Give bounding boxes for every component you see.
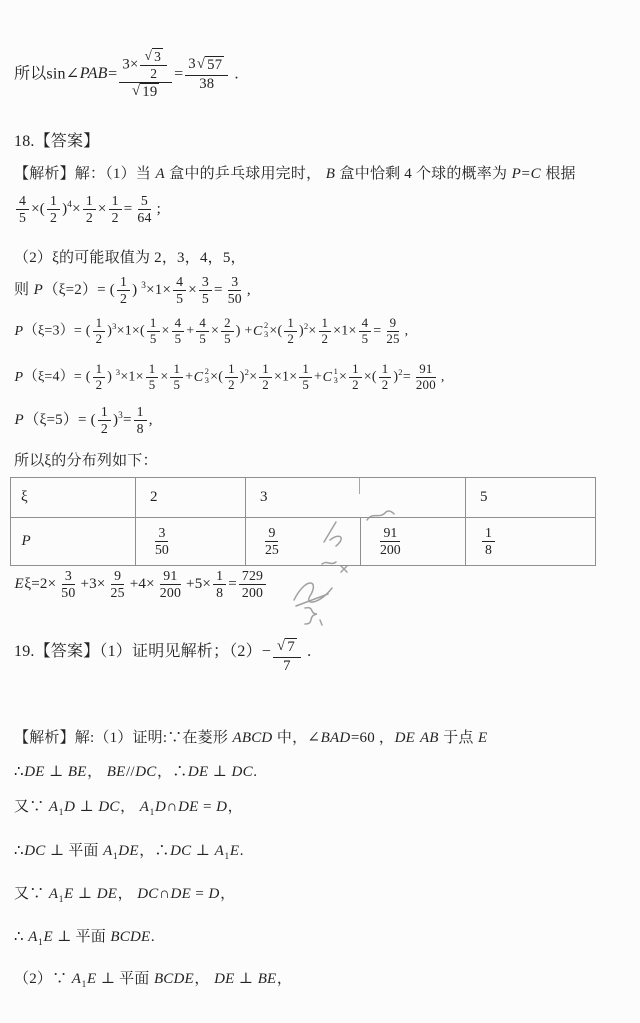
formula-p-xi-2: 则 P（ξ=2）= (12) 3×1×45×35=350,: [14, 274, 251, 307]
table-header-xi: ξ: [11, 478, 136, 518]
formula-p-xi-4: P（ξ=4）= (12) 3×1×15×15+C23×(12)2×12×1×15…: [14, 362, 445, 393]
table-header-2: 2: [136, 478, 246, 518]
formula-p-xi-5: P（ξ=5）= (12)3=18,: [14, 404, 153, 437]
part2-possible-values: （2）ξ的可能取值为 2，3，4，5，: [14, 246, 246, 267]
table-value-1-8: 18: [466, 518, 596, 566]
table-header-3: 3: [246, 478, 361, 518]
table-border-fade-artifact: [359, 478, 360, 494]
proof-line-5: 又∵ A1E ⊥ DE， DC∩DE = D，: [14, 882, 235, 905]
distribution-table: ξ 2 3 5 P 350 925 91200 18: [10, 477, 596, 566]
answer-heading-18: 18.【答案】: [14, 128, 99, 151]
distribution-label: 所以ξ的分布列如下：: [14, 449, 158, 470]
table-header-row: ξ 2 3 5: [11, 478, 596, 518]
table-row-label-p: P: [11, 518, 136, 566]
proof-line-2: ∴DE ⊥ BE， BE//DC，∴DE ⊥ DC.: [14, 760, 257, 781]
proof-line-3: 又∵ A1D ⊥ DC， A1D∩DE = D，: [14, 795, 243, 818]
handwriting-xi-mark: [298, 604, 326, 628]
scanned-math-solution-page: 所以sin∠PAB=3×√32√19=3√5738 . 18.【答案】 【解析】…: [0, 0, 640, 1023]
table-header-4-blank: [361, 478, 466, 518]
handwriting-scribble-over-result: [286, 570, 338, 610]
proof-line-4: ∴DC ⊥ 平面 A1DE，∴DC ⊥ A1E.: [14, 839, 244, 862]
table-header-5: 5: [466, 478, 596, 518]
answer-heading-19: 19.【答案】（1）证明见解析；（2）−√77 .: [14, 638, 311, 675]
formula-expected-value: Eξ=2×350+3×925+4×91200+5×18=729200: [14, 568, 268, 601]
proof-line-7: （2）∵ A1E ⊥ 平面 BCDE， DE ⊥ BE，: [14, 967, 292, 990]
proof-line-6: ∴ A1E ⊥ 平面 BCDE.: [14, 925, 155, 948]
formula-probability-5-64: 45×(12)4×12×12=564;: [14, 193, 161, 226]
table-value-row: P 350 925 91200 18: [11, 518, 596, 566]
table-value-91-200: 91200: [361, 518, 466, 566]
table-value-3-50: 350: [136, 518, 246, 566]
solution-intro-18: 【解析】解：（1）当 A 盒中的乒乓球用完时， B 盒中恰剩 4 个球的概率为 …: [14, 162, 576, 183]
formula-p-xi-3: P（ξ=3）= (12)3×1×(15×45+45×25) +C23×(12)2…: [14, 316, 408, 347]
formula-sin-pab: 所以sin∠PAB=3×√32√19=3√5738 .: [14, 48, 239, 101]
proof-line-1: 【解析】解:（1）证明:∵在菱形 ABCD 中，∠BAD=60 ，DE AB 于…: [14, 726, 488, 747]
table-value-9-25: 925: [246, 518, 361, 566]
